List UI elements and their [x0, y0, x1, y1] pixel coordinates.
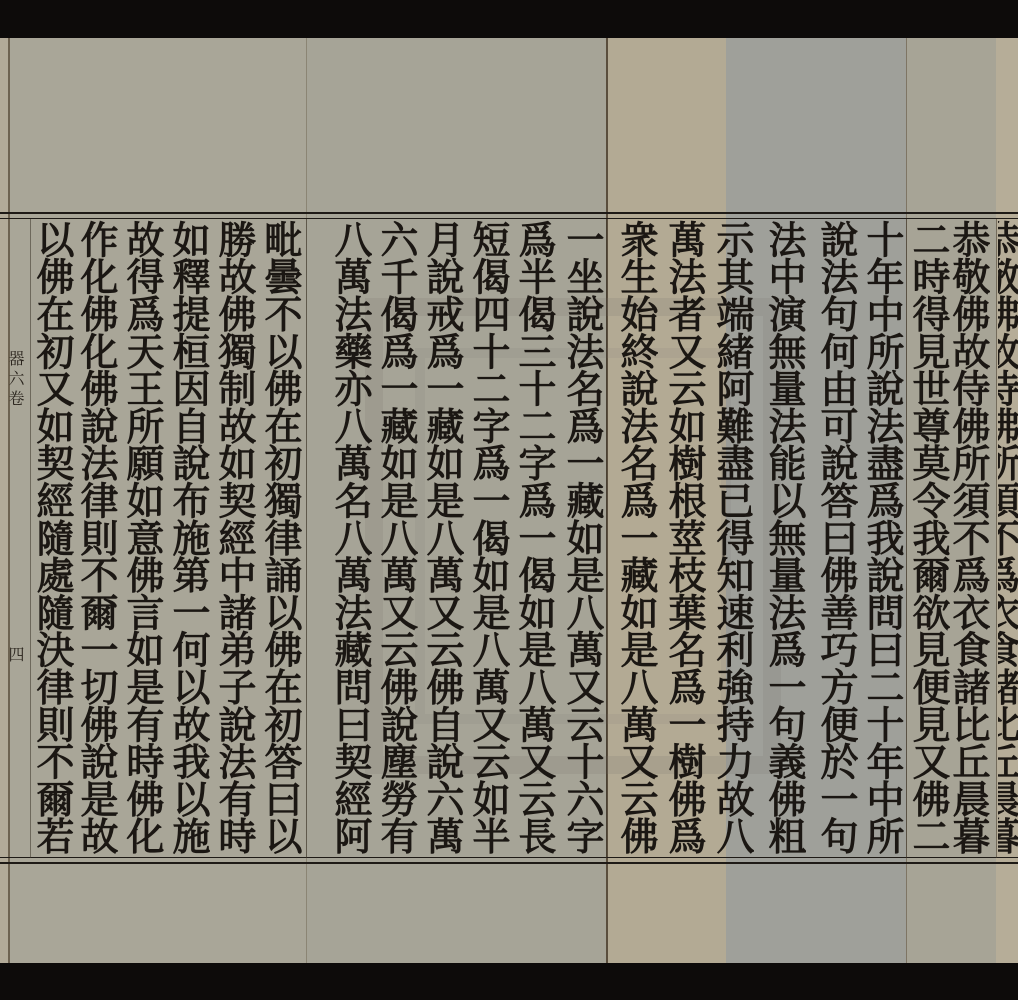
frame-rule-bottom — [0, 862, 1018, 864]
text-column: 六千偈爲一藏如是八萬又云佛說塵勞有 — [374, 220, 418, 860]
paper-leaf-edge-left — [0, 38, 10, 963]
text-column: 月說戒爲一藏如是八萬又云佛自說六萬 — [420, 220, 464, 860]
text-column: 以佛在初又如契經隨處隨決律則不爾若 — [30, 220, 74, 860]
text-column: 萬法者又云如樹根莖枝葉名爲一樹佛爲 — [662, 220, 706, 860]
text-column: 二時得見世尊莫令我爾欲見便見又佛二 — [906, 220, 950, 860]
text-column: 一坐說法名爲一藏如是八萬又云十六字 — [560, 220, 604, 860]
scanned-page: 器六卷 四 恭敬佛故侍佛所須不爲衣食諸比丘晨暮 恭敬佛故侍佛所須不爲衣食諸比丘晨… — [0, 38, 1018, 963]
text-column: 法中演無量法能以無量法爲一句義佛粗 — [762, 220, 806, 860]
text-column: 作化佛化佛說法律則不爾一切佛說是故 — [74, 220, 118, 860]
text-column: 示其端緒阿難盡已得知速利強持力故八 — [710, 220, 754, 860]
frame-rule-top-inner — [0, 218, 1018, 219]
text-column: 故得爲天王所願如意佛言如是有時佛化 — [120, 220, 164, 860]
text-column: 衆生始終說法名爲一藏如是八萬又云佛 — [614, 220, 658, 860]
text-column: 八萬法藥亦八萬名八萬法藏問曰契經阿 — [328, 220, 372, 860]
volume-label: 器六卷 — [4, 350, 27, 410]
column-rule — [606, 219, 607, 858]
text-column: 恭敬佛故侍佛所須不爲衣食諸比丘晨暮 — [998, 220, 1018, 860]
column-rule — [306, 219, 307, 858]
text-column: 說法句何由可說答曰佛善巧方便於一句 — [814, 220, 858, 860]
column-rule — [996, 219, 997, 858]
frame-rule-top — [0, 212, 1018, 214]
text-column: 爲半偈三十二字爲一偈如是八萬又云長 — [512, 220, 556, 860]
text-column: 短偈四十二字爲一偈如是八萬又云如半 — [466, 220, 510, 860]
text-column: 如釋提桓因自說布施第一何以故我以施 — [166, 220, 210, 860]
text-column: 恭敬佛故侍佛所須不爲衣食諸比丘晨暮 — [946, 220, 990, 860]
text-column: 勝故佛獨制故如契經中諸弟子說法有時 — [212, 220, 256, 860]
page-number: 四 — [4, 646, 27, 666]
text-column: 十年中所說法盡爲我說問曰二十年中所 — [860, 220, 904, 860]
text-column: 毗曇不以佛在初獨律誦以佛在初答曰以 — [258, 220, 302, 860]
